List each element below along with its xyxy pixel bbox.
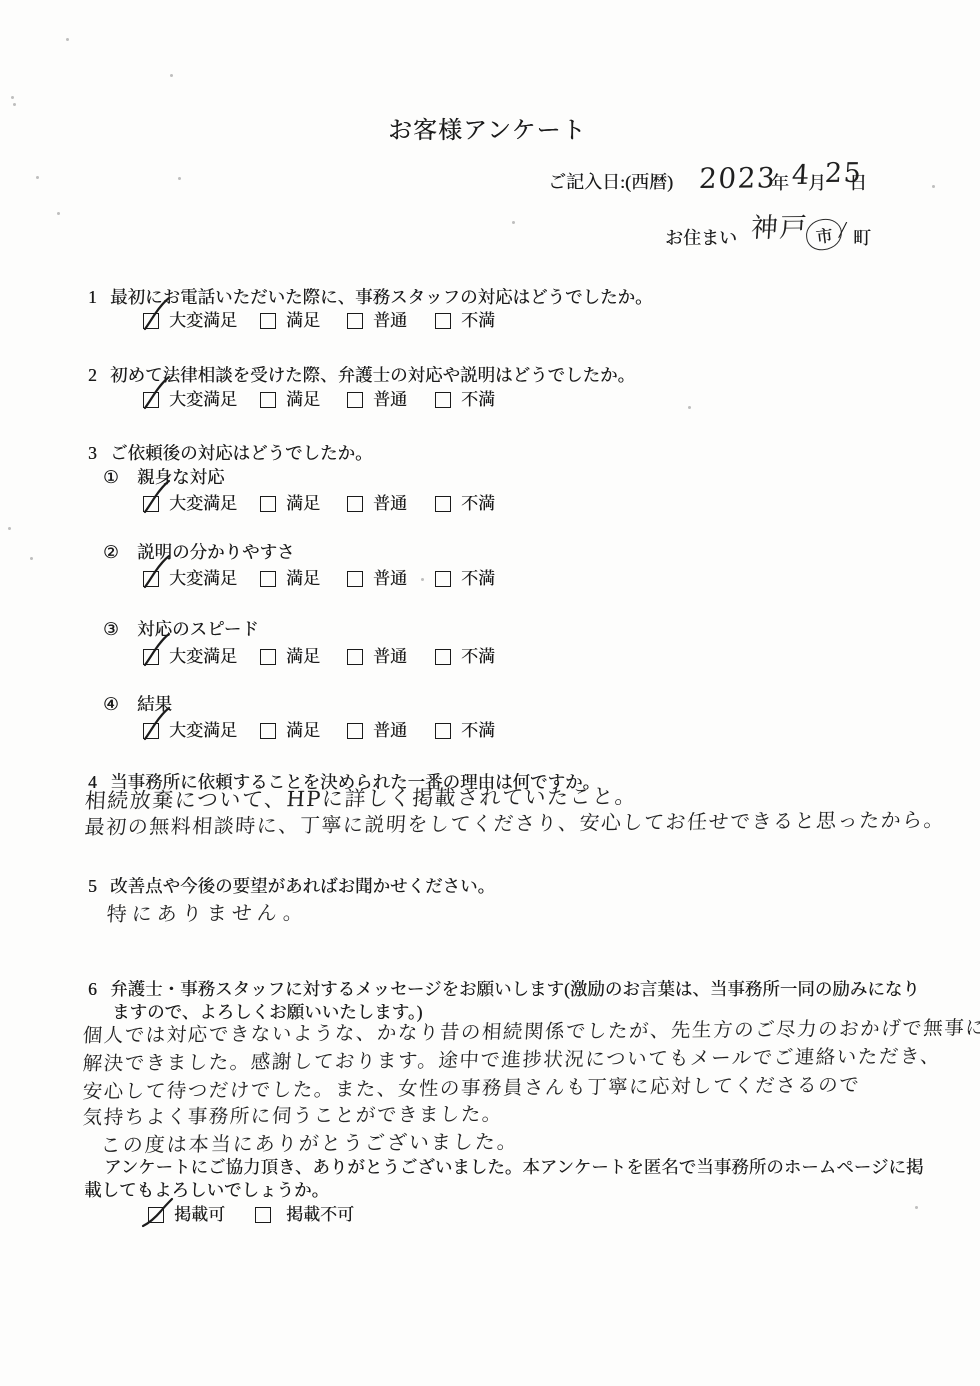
q3-sub2-option-normal: 普通	[347, 570, 407, 587]
q5-answer-line-1: 特にありません。	[106, 901, 309, 926]
rating-label: 満足	[286, 648, 320, 665]
q4-answer-line-1: 相続放棄について、HPに詳しく掲載されていたこと。	[84, 784, 638, 813]
checkbox-checked	[143, 649, 159, 665]
checkbox-unchecked	[347, 723, 363, 739]
checkbox-unchecked	[347, 571, 363, 587]
q4-answer-line-2: 最初の無料相談時に、丁寧に説明をしてくださり、安心してお任せできると思ったから。	[84, 808, 946, 839]
q3-sub1-label: 親身な対応	[137, 467, 225, 487]
q3-sub3-label: 対応のスピード	[137, 619, 259, 639]
scan-speck	[66, 38, 69, 41]
q3-sub1-option-normal: 普通	[347, 495, 407, 512]
checkbox-unchecked	[347, 649, 363, 665]
rating-label: 不満	[461, 570, 495, 587]
residence-label: お住まい	[665, 228, 737, 249]
checkbox-unchecked	[255, 1207, 271, 1223]
q3-sub2-option-very-satisfied: 大変満足	[143, 570, 237, 587]
q3-sub3-option-very-satisfied: 大変満足	[143, 648, 237, 665]
date-year-handwritten: 2023	[698, 162, 777, 195]
page-title: お客様アンケート	[388, 118, 587, 146]
rating-label: 不満	[461, 722, 495, 739]
q3-number: 3	[88, 443, 97, 463]
rating-label: 不満	[461, 495, 495, 512]
q1-option-very-satisfied: 大変満足	[143, 312, 237, 329]
q3-sub3-rating-row: 大変満足 満足 普通 不満	[143, 648, 583, 672]
rating-label: 不満	[461, 391, 495, 408]
rating-label: 大変満足	[169, 570, 237, 587]
q3-sub1-marker: ①	[103, 467, 119, 487]
rating-label: 不満	[461, 312, 495, 329]
checkbox-unchecked	[435, 313, 451, 329]
checkbox-unchecked	[347, 496, 363, 512]
q6-answer-line-2: 解決できました。感謝しております。途中で進捗状況についてもメールでご連絡いただき…	[82, 1046, 942, 1076]
q3-sub3-option-satisfied: 満足	[260, 648, 320, 665]
scan-speck	[178, 177, 181, 180]
q2-option-satisfied: 満足	[260, 391, 320, 408]
scanned-survey-page: お客様アンケート ご記入日:(西暦) 2023 年 4 月 25 日 お住まい …	[0, 0, 980, 1386]
checkbox-unchecked	[435, 723, 451, 739]
checkbox-unchecked	[260, 723, 276, 739]
q2-text: 初めて法律相談を受けた際、弁護士の対応や説明はどうでしたか。	[110, 365, 635, 385]
scan-speck	[36, 176, 39, 179]
q2-option-normal: 普通	[347, 391, 407, 408]
q3-sub4-option-normal: 普通	[347, 722, 407, 739]
q3-sub3-marker: ③	[103, 619, 119, 639]
rating-label: 普通	[373, 312, 407, 329]
q3-sub3-option-normal: 普通	[347, 648, 407, 665]
q1-text: 最初にお電話いただいた際に、事務スタッフの対応はどうでしたか。	[110, 287, 653, 307]
scan-speck	[421, 578, 424, 581]
permission-option-allowed: 掲載可	[148, 1206, 225, 1223]
rating-label: 大変満足	[169, 648, 237, 665]
q3-sub2-rating-row: 大変満足 満足 普通 不満	[143, 570, 583, 594]
rating-label: 大変満足	[169, 722, 237, 739]
checkbox-checked	[143, 392, 159, 408]
checkbox-unchecked	[435, 496, 451, 512]
q3-sub1-option-satisfied: 満足	[260, 495, 320, 512]
q3-sub2-option-dissatisfied: 不満	[435, 570, 495, 587]
q1-option-satisfied: 満足	[260, 312, 320, 329]
q3-sub4-option-satisfied: 満足	[260, 722, 320, 739]
checkbox-unchecked	[260, 392, 276, 408]
rating-label: 満足	[286, 722, 320, 739]
q3-sub4-option-dissatisfied: 不満	[435, 722, 495, 739]
q3-text: ご依頼後の対応はどうでしたか。	[110, 443, 373, 463]
q1-option-dissatisfied: 不満	[435, 312, 495, 329]
residence-city-unit: 市	[814, 221, 834, 248]
q3-sub2-option-satisfied: 満足	[260, 570, 320, 587]
checkbox-unchecked	[260, 313, 276, 329]
q6-text-line-2: ますので、よろしくお願いいたします。)	[112, 1002, 422, 1022]
footer-closing-line-1: アンケートにご協力頂き、ありがとうございました。本アンケートを匿名で当事務所のホ…	[104, 1157, 923, 1177]
rating-label: 不満	[461, 648, 495, 665]
checkbox-unchecked	[435, 571, 451, 587]
scan-speck	[915, 1206, 918, 1209]
permission-label: 掲載不可	[286, 1206, 354, 1223]
rating-label: 普通	[373, 570, 407, 587]
rating-label: 普通	[373, 722, 407, 739]
q2-option-very-satisfied: 大変満足	[143, 391, 237, 408]
checkbox-unchecked	[347, 392, 363, 408]
residence-city-handwritten: 神戸	[750, 213, 809, 245]
date-day-unit: 日	[849, 173, 867, 194]
scan-speck	[688, 406, 691, 409]
footer-closing-line-2: 載してもよろしいでしょうか。	[84, 1180, 329, 1200]
checkbox-unchecked	[260, 571, 276, 587]
checkbox-checked	[143, 496, 159, 512]
checkbox-unchecked	[347, 313, 363, 329]
q6-answer-line-4: 気持ちよく事務所に伺うことができました。	[82, 1103, 504, 1129]
rating-label: 大変満足	[169, 495, 237, 512]
q3-sub1-option-dissatisfied: 不満	[435, 495, 495, 512]
q6-number: 6	[88, 979, 97, 999]
residence-separator: /	[837, 217, 848, 246]
q6-answer-line-5: この度は本当にありがとうございました。	[100, 1130, 520, 1157]
scan-speck	[57, 212, 60, 215]
checkbox-checked	[143, 313, 159, 329]
scan-speck	[512, 221, 515, 224]
q2-number: 2	[88, 365, 97, 385]
scan-speck	[11, 96, 14, 99]
rating-label: 大変満足	[169, 312, 237, 329]
rating-label: 満足	[286, 570, 320, 587]
q2-rating-row: 大変満足 満足 普通 不満	[143, 391, 583, 415]
q6-answer-line-3: 安心して待つだけでした。また、女性の事務員さんも丁寧に応対してくださるので	[82, 1074, 861, 1103]
checkbox-checked	[143, 571, 159, 587]
q5-number: 5	[88, 876, 97, 896]
scan-speck	[932, 185, 935, 188]
scan-speck	[170, 74, 173, 77]
date-year-unit: 年	[771, 173, 789, 194]
q5-text: 改善点や今後の要望があればお聞かせください。	[110, 876, 495, 896]
scan-speck	[13, 103, 16, 106]
publication-permission-row: 掲載可 掲載不可	[148, 1206, 548, 1230]
q3-sub2-marker: ②	[103, 542, 119, 562]
handwritten-checkmark-icon	[142, 1196, 174, 1232]
permission-option-not-allowed: 掲載不可	[255, 1206, 354, 1223]
checkbox-unchecked	[435, 649, 451, 665]
residence-town-unit: 町	[853, 228, 871, 249]
q3-sub4-option-very-satisfied: 大変満足	[143, 722, 237, 739]
date-label: ご記入日:(西暦)	[548, 172, 673, 193]
checkbox-checked	[148, 1207, 164, 1223]
q6-text-line-1: 弁護士・事務スタッフに対するメッセージをお願いします(激励のお言葉は、当事務所一…	[110, 979, 920, 999]
rating-label: 普通	[373, 391, 407, 408]
rating-label: 普通	[373, 495, 407, 512]
q3-sub3-option-dissatisfied: 不満	[435, 648, 495, 665]
rating-label: 大変満足	[169, 391, 237, 408]
rating-label: 満足	[286, 391, 320, 408]
checkbox-unchecked	[260, 496, 276, 512]
rating-label: 普通	[373, 648, 407, 665]
checkbox-unchecked	[260, 649, 276, 665]
checkbox-checked	[143, 723, 159, 739]
scan-speck	[30, 557, 33, 560]
q3-sub1-rating-row: 大変満足 満足 普通 不満	[143, 495, 583, 519]
q3-sub2-label: 説明の分かりやすさ	[137, 542, 295, 562]
permission-label: 掲載可	[174, 1206, 225, 1223]
scan-speck	[8, 527, 11, 530]
q3-sub1-option-very-satisfied: 大変満足	[143, 495, 237, 512]
q1-number: 1	[88, 287, 97, 307]
q2-option-dissatisfied: 不満	[435, 391, 495, 408]
q3-sub4-label: 結果	[137, 694, 172, 714]
q3-sub4-rating-row: 大変満足 満足 普通 不満	[143, 722, 583, 746]
rating-label: 満足	[286, 495, 320, 512]
q3-sub4-marker: ④	[103, 694, 119, 714]
q1-option-normal: 普通	[347, 312, 407, 329]
q1-rating-row: 大変満足 満足 普通 不満	[143, 312, 583, 336]
checkbox-unchecked	[435, 392, 451, 408]
rating-label: 満足	[286, 312, 320, 329]
